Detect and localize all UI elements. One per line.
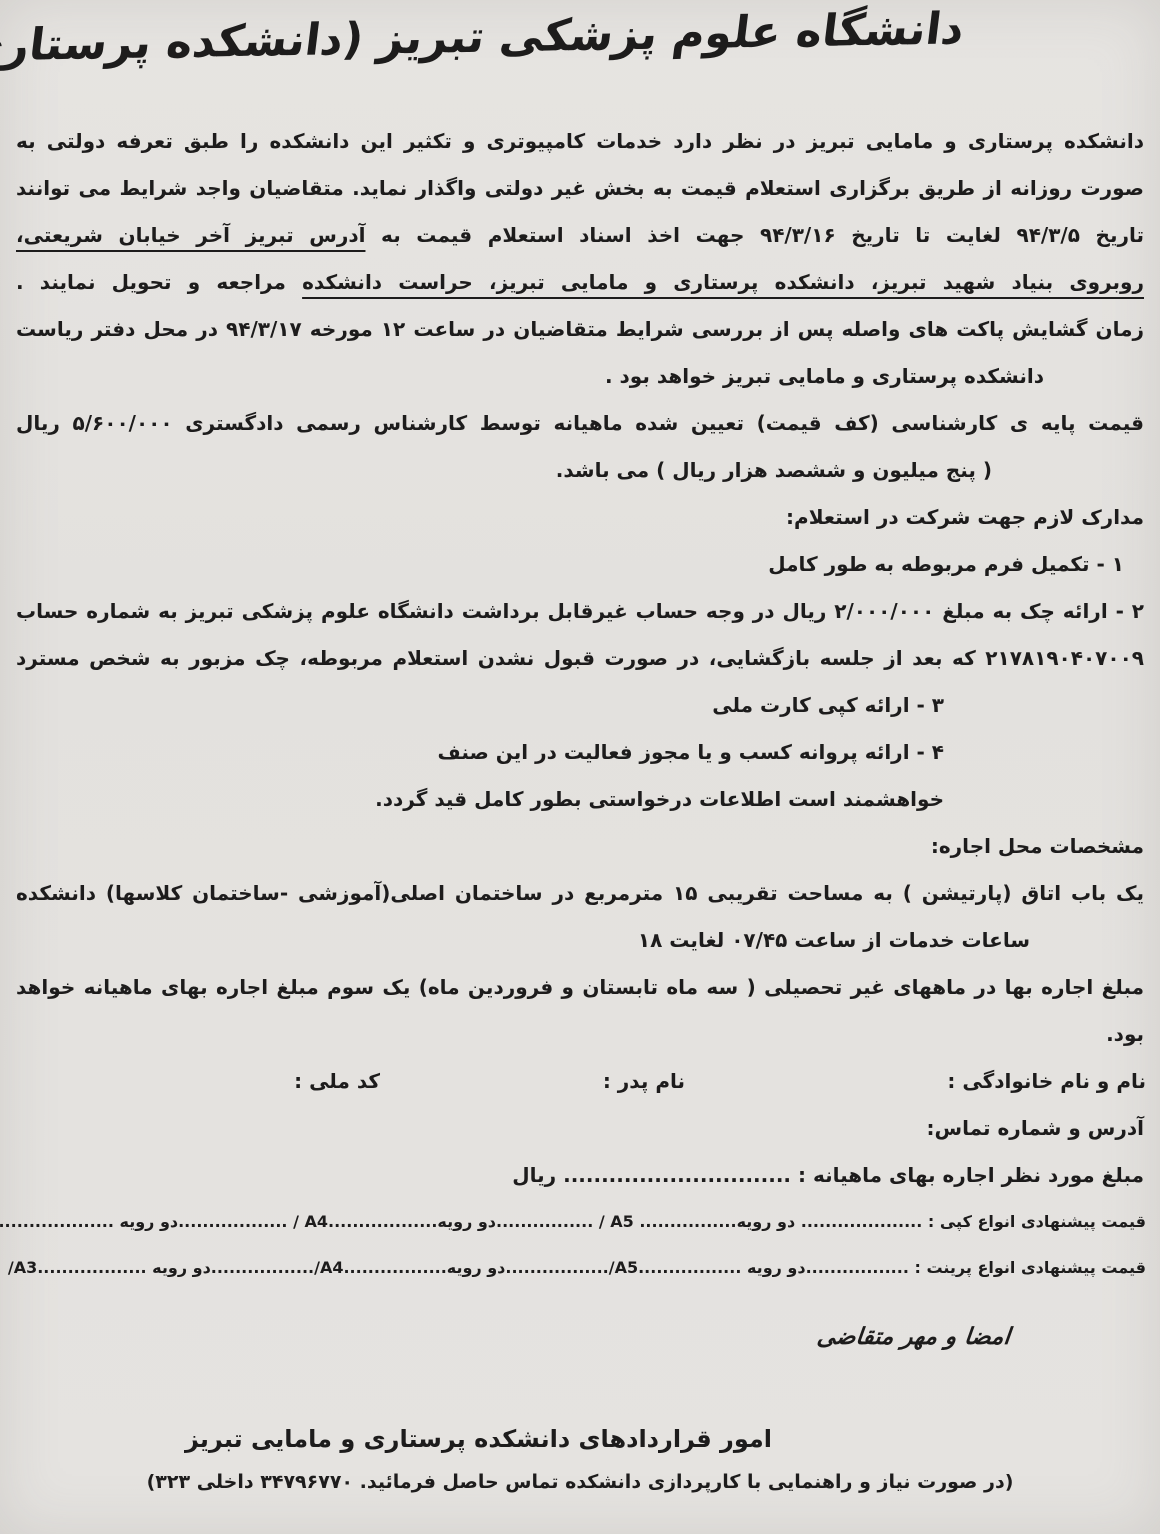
letterhead-title: دانشگاه علوم پزشکی تبریز (دانشکده پرستار… (0, 0, 1160, 128)
intro-line-3: تاریخ ۹۴/۳/۵ لغایت تا تاریخ ۹۴/۳/۱۶ جهت … (0, 212, 1160, 259)
rental-heading: مشخصات محل اجاره: (0, 823, 1160, 870)
full-name-field-label: نام و نام خانوادگی : (947, 1058, 1146, 1105)
documents-heading: مدارک لازم جهت شرکت در استعلام: (0, 494, 1160, 541)
contracts-department-label: امور قراردادهای دانشکده پرستاری و مامایی… (0, 1419, 1160, 1459)
document-item-2-line-2: ۲۱۷۸۱۹۰۴۰۷۰۰۹ که بعد از جلسه بازگشایی، د… (0, 635, 1160, 682)
intro-line-4: روبروی بنیاد شهید تبریز، دانشکده پرستاری… (0, 259, 1160, 306)
document-item-3: ۳ - ارائه کپی کارت ملی (0, 682, 1160, 729)
father-name-field-label: نام پدر : (603, 1058, 685, 1105)
rental-place-section: مشخصات محل اجاره: یک باب اتاق (پارتیشن )… (0, 823, 1160, 1058)
print-price-field-line: قیمت پیشنهادی انواع پرینت : ............… (0, 1245, 1160, 1291)
document-item-4: ۴ - ارائه پروانه کسب و یا مجوز فعالیت در… (0, 729, 1160, 776)
applicant-form: نام و نام خانوادگی : نام پدر : کد ملی : … (0, 1058, 1160, 1357)
opening-line-2: دانشکده پرستاری و مامایی تبریز خواهد بود… (0, 353, 1160, 400)
monthly-rent-field-line: مبلغ مورد نظر اجاره بهای ماهیانه : .....… (0, 1152, 1160, 1199)
signature-area: امضا و مهر متقاضی (0, 1317, 1160, 1357)
address-underlined-text: آدرس تبریز آخر خیابان شریعتی، (16, 223, 365, 247)
intro-line-3-text: تاریخ ۹۴/۳/۵ لغایت تا تاریخ ۹۴/۳/۱۶ جهت … (365, 223, 1144, 247)
documents-note: خواهشمند است اطلاعات درخواستی بطور کامل … (0, 776, 1160, 823)
rental-line-2: ساعات خدمات از ساعت ۰۷/۴۵ لغایت ۱۸ (0, 917, 1160, 964)
signature-stamp-label: امضا و مهر متقاضی (815, 1317, 1012, 1357)
scanned-document-page: دانشگاه علوم پزشکی تبریز (دانشکده پرستار… (0, 0, 1160, 1534)
base-price-line-1: قیمت پایه ی کارشناسی (کف قیمت) تعیین شده… (0, 400, 1160, 447)
contact-note: (در صورت نیاز و راهنمایی با کارپردازی دا… (0, 1465, 1160, 1499)
document-item-2-line-1: ۲ - ارائه چک به مبلغ ۲/۰۰۰/۰۰۰ ریال در و… (0, 588, 1160, 635)
intro-paragraph: دانشکده پرستاری و مامایی تبریز در نظر دا… (0, 118, 1160, 306)
name-fields-row: نام و نام خانوادگی : نام پدر : کد ملی : (0, 1058, 1160, 1105)
rental-line-4: بود. (0, 1011, 1160, 1058)
base-price-paragraph: قیمت پایه ی کارشناسی (کف قیمت) تعیین شده… (0, 400, 1160, 494)
address-underlined-text-2: روبروی بنیاد شهید تبریز، دانشکده پرستاری… (302, 270, 1144, 294)
intro-line-4-text: مراجعه و تحویل نمایند . (16, 270, 302, 294)
required-documents-section: مدارک لازم جهت شرکت در استعلام: ۱ - تکمی… (0, 494, 1160, 823)
document-item-1: ۱ - تکمیل فرم مربوطه به طور کامل (0, 541, 1160, 588)
rental-line-1: یک باب اتاق (پارتیشن ) به مساحت تقریبی ۱… (0, 870, 1160, 917)
intro-line-1: دانشکده پرستاری و مامایی تبریز در نظر دا… (0, 118, 1160, 165)
opening-session-paragraph: زمان گشایش پاکت های واصله پس از بررسی شر… (0, 306, 1160, 400)
national-id-field-label: کد ملی : (294, 1058, 380, 1105)
document-footer: امور قراردادهای دانشکده پرستاری و مامایی… (0, 1419, 1160, 1499)
address-phone-field-label: آدرس و شماره تماس: (0, 1105, 1160, 1152)
copy-price-field-line: قیمت پیشنهادی انواع کپی : ..............… (0, 1199, 1160, 1245)
intro-line-2: صورت روزانه از طریق برگزاری استعلام قیمت… (0, 165, 1160, 212)
rental-line-3: مبلغ اجاره بها در ماههای غیر تحصیلی ( سه… (0, 964, 1160, 1011)
opening-line-1: زمان گشایش پاکت های واصله پس از بررسی شر… (0, 306, 1160, 353)
base-price-line-2: ( پنج میلیون و ششصد هزار ریال ) می باشد. (0, 447, 1160, 494)
